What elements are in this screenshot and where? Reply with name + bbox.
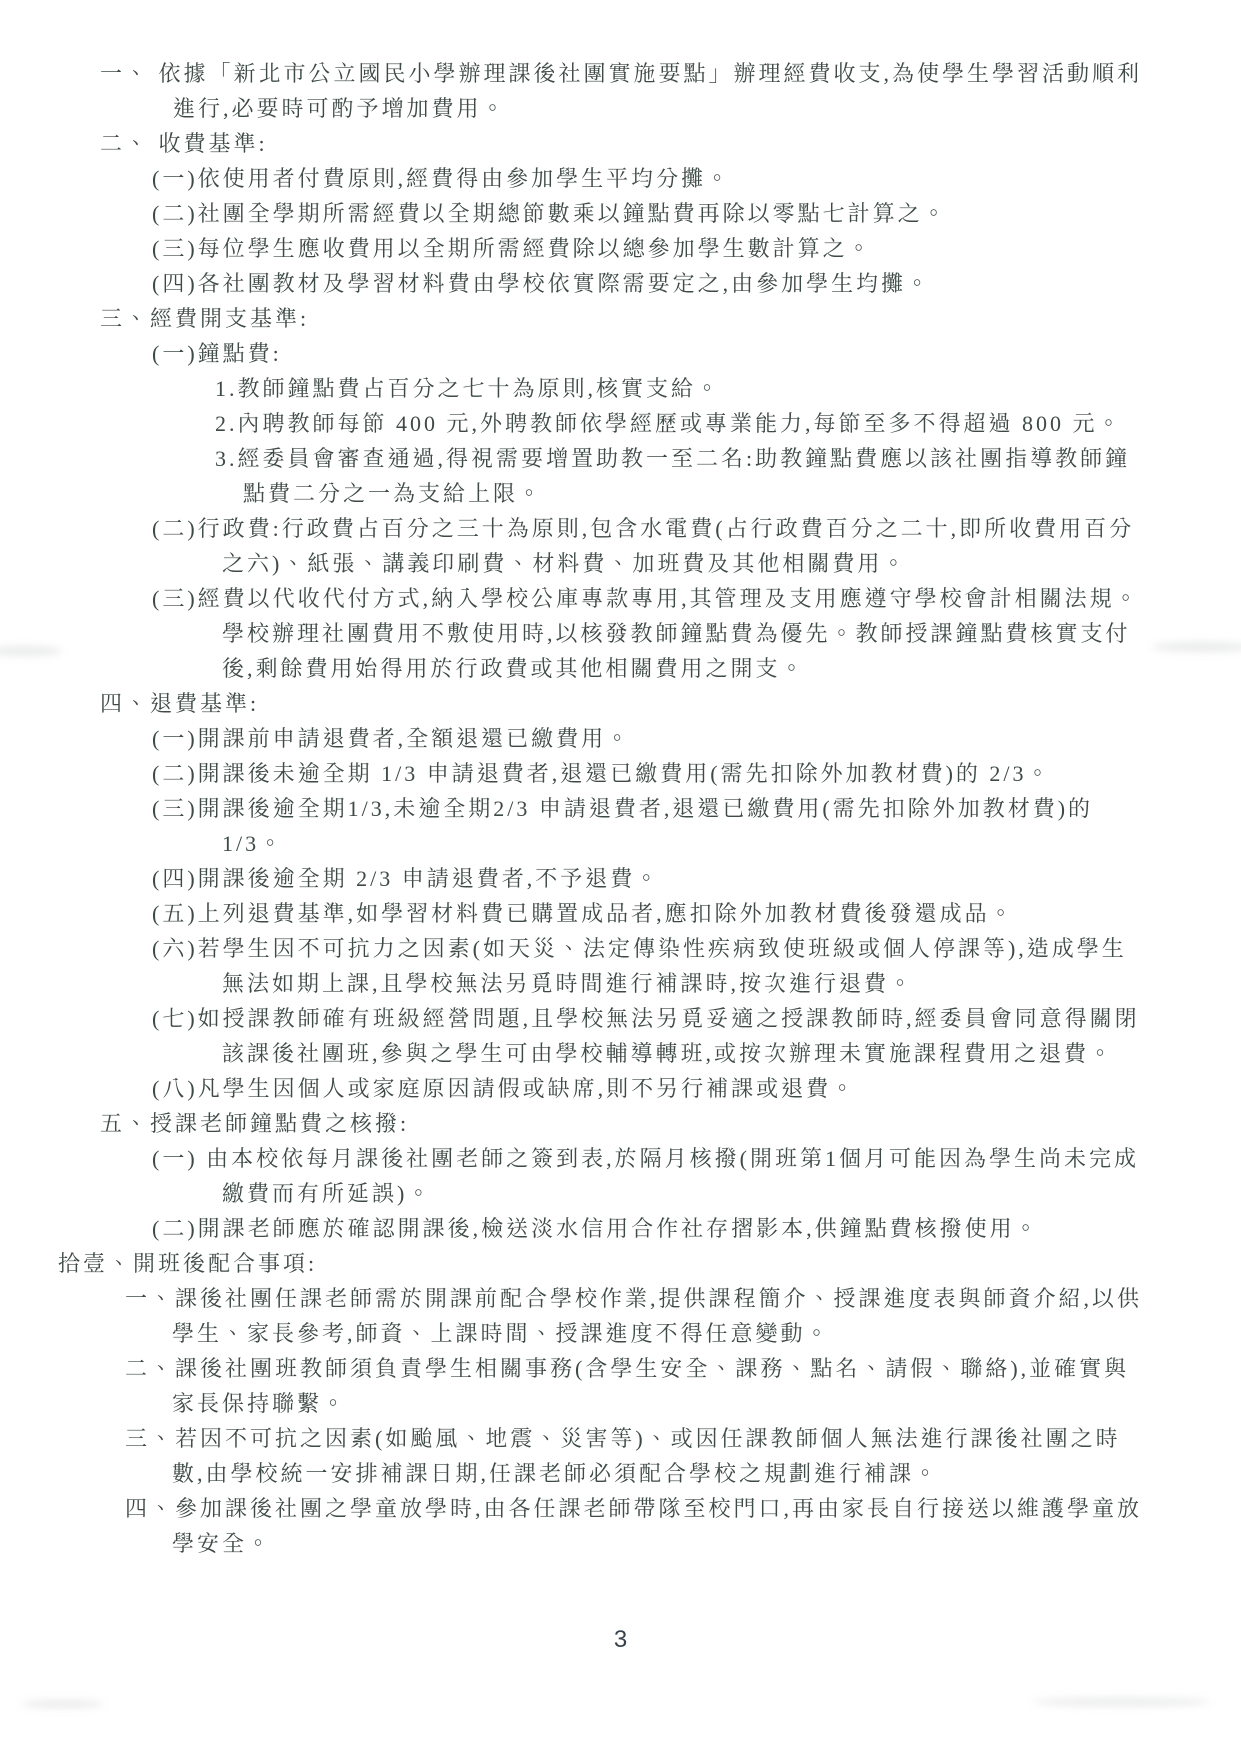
doc-line: 一、課後社團任課老師需於開課前配合學校作業,提供課程簡介、授課進度表與師資介紹,…: [0, 1281, 1145, 1351]
doc-line: 四、參加課後社團之學童放學時,由各任課老師帶隊至校門口,再由家長自行接送以維護學…: [0, 1491, 1145, 1561]
doc-line: (二)行政費:行政費占百分之三十為原則,包含水電費(占行政費百分之二十,即所收費…: [0, 511, 1145, 581]
doc-line: 二、 收費基準:: [0, 126, 1145, 161]
doc-line: (二)開課後未逾全期 1/3 申請退費者,退還已繳費用(需先扣除外加教材費)的 …: [0, 756, 1145, 791]
doc-line: 三、經費開支基準:: [0, 301, 1145, 336]
doc-line: (二)開課老師應於確認開課後,檢送淡水信用合作社存摺影本,供鐘點費核撥使用。: [0, 1211, 1145, 1246]
scan-artifact: [1032, 1698, 1212, 1706]
doc-line: 三、若因不可抗之因素(如颱風、地震、災害等)、或因任課教師個人無法進行課後社團之…: [0, 1421, 1145, 1491]
doc-line: (四)開課後逾全期 2/3 申請退費者,不予退費。: [0, 861, 1145, 896]
page-number: 3: [0, 1626, 1241, 1654]
doc-line: (八)凡學生因個人或家庭原因請假或缺席,則不另行補課或退費。: [0, 1071, 1145, 1106]
doc-line: 2.內聘教師每節 400 元,外聘教師依學經歷或專業能力,每節至多不得超過 80…: [0, 406, 1145, 441]
doc-line: 四、退費基準:: [0, 686, 1145, 721]
doc-line: 二、課後社團班教師須負責學生相關事務(含學生安全、課務、點名、請假、聯絡),並確…: [0, 1351, 1145, 1421]
scanned-document-page: { "page": { "number": "3", "background":…: [0, 0, 1241, 1755]
doc-line: (一)開課前申請退費者,全額退還已繳費用。: [0, 721, 1145, 756]
doc-line: 3.經委員會審查通過,得視需要增置助教一至二名:助教鐘點費應以該社團指導教師鐘點…: [0, 441, 1145, 511]
doc-line: (三)開課後逾全期1/3,未逾全期2/3 申請退費者,退還已繳費用(需先扣除外加…: [0, 791, 1145, 861]
doc-line: (七)如授課教師確有班級經營問題,且學校無法另覓妥適之授課教師時,經委員會同意得…: [0, 1001, 1145, 1071]
doc-line: (五)上列退費基準,如學習材料費已購置成品者,應扣除外加教材費後發還成品。: [0, 896, 1145, 931]
doc-line: (四)各社團教材及學習材料費由學校依實際需要定之,由參加學生均攤。: [0, 266, 1145, 301]
doc-line: (三)每位學生應收費用以全期所需經費除以總參加學生數計算之。: [0, 231, 1145, 266]
doc-line: (二)社團全學期所需經費以全期總節數乘以鐘點費再除以零點七計算之。: [0, 196, 1145, 231]
doc-line: 拾壹、開班後配合事項:: [0, 1246, 1145, 1281]
doc-line: (三)經費以代收代付方式,納入學校公庫專款專用,其管理及支用應遵守學校會計相關法…: [0, 581, 1145, 686]
doc-line: 一、 依據「新北市公立國民小學辦理課後社團實施要點」辦理經費收支,為使學生學習活…: [0, 56, 1145, 126]
doc-line: 五、授課老師鐘點費之核撥:: [0, 1106, 1145, 1141]
doc-line: (六)若學生因不可抗力之因素(如天災、法定傳染性疾病致使班級或個人停課等),造成…: [0, 931, 1145, 1001]
doc-line: 1.教師鐘點費占百分之七十為原則,核實支給。: [0, 371, 1145, 406]
doc-line: (一)依使用者付費原則,經費得由參加學生平均分攤。: [0, 161, 1145, 196]
scan-artifact: [22, 1700, 104, 1708]
doc-line: (一) 由本校依每月課後社團老師之簽到表,於隔月核撥(開班第1個月可能因為學生尚…: [0, 1141, 1145, 1211]
document-body: 一、 依據「新北市公立國民小學辦理課後社團實施要點」辦理經費收支,為使學生學習活…: [0, 0, 1241, 1561]
doc-line: (一)鐘點費:: [0, 336, 1145, 371]
